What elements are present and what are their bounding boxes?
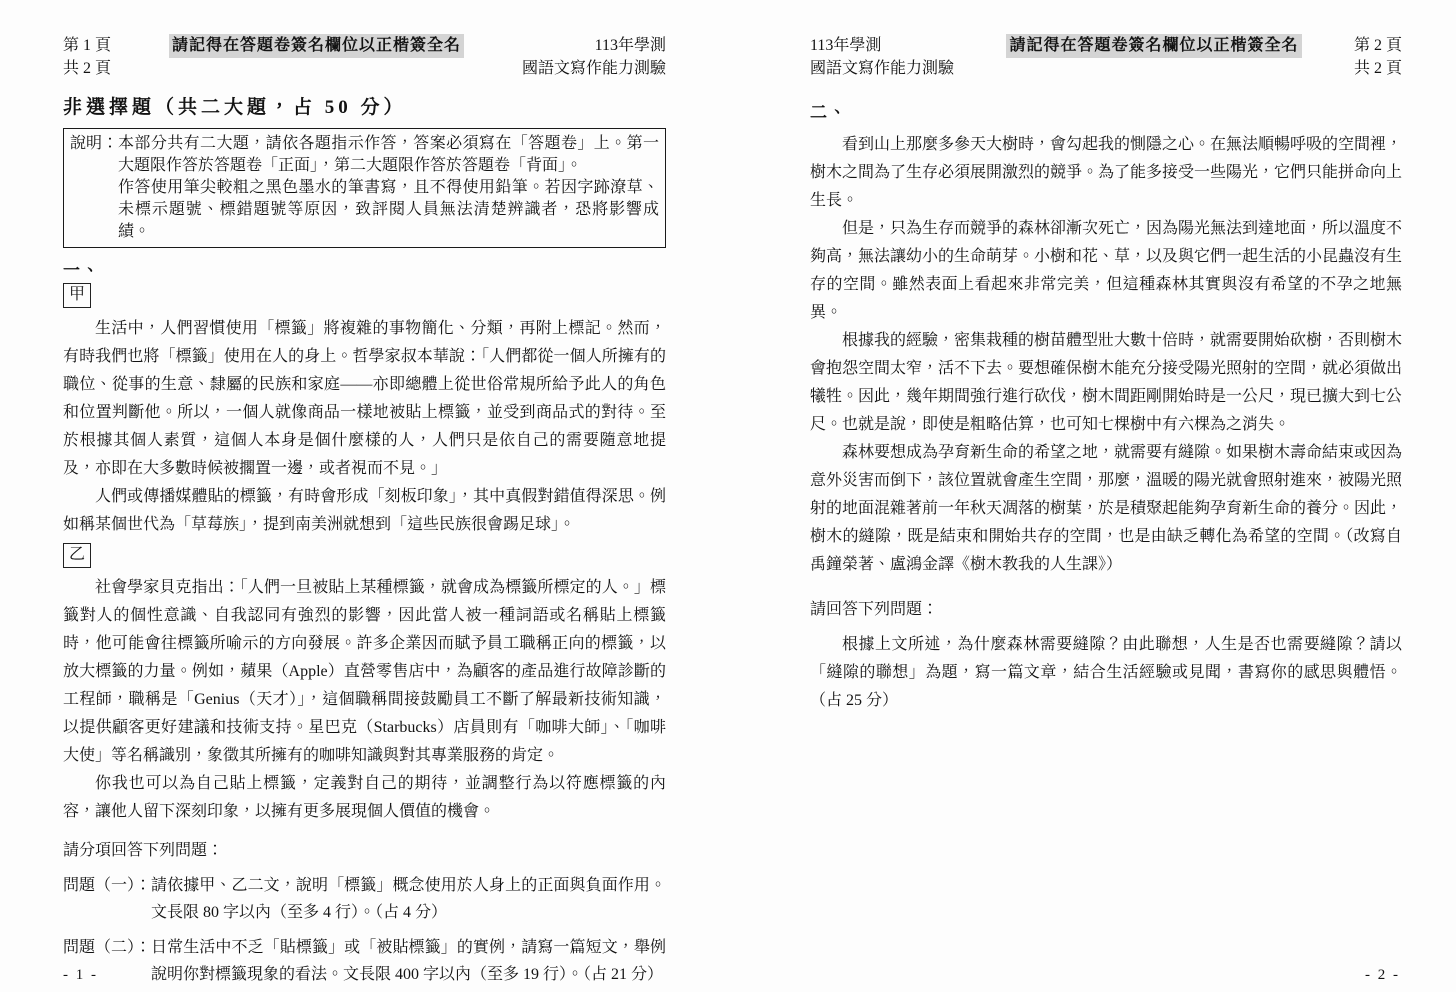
- exam-subject: 國語文寫作能力測驗: [522, 57, 666, 80]
- exam-section-title: 非選擇題（共二大題，占 50 分）: [63, 92, 666, 119]
- passage-b-paragraph-1: 社會學家貝克指出：「人們一旦被貼上某種標籤，就會成為標籤所標定的人。」標籤對人的…: [63, 574, 666, 770]
- section-2-heading: 二、: [810, 98, 1402, 123]
- question-2-row: 問題（二）： 日常生活中不乏「貼標籤」或「被貼標籤」的實例，請寫一篇短文，舉例說…: [63, 934, 666, 988]
- page-1-footer: - 1 -: [63, 967, 98, 984]
- exam-year: 113年學測: [810, 34, 954, 57]
- instruction-label: 說明：: [70, 133, 118, 243]
- passage-a: 生活中，人們習慣使用「標籤」將複雜的事物簡化、分類，再附上標記。然而，有時我們也…: [63, 315, 666, 539]
- passage-a-badge: 甲: [63, 283, 91, 308]
- page-2-header: 113年學測 國語文寫作能力測驗 請記得在答題卷簽名欄位以正楷簽全名 第 2 頁…: [810, 34, 1402, 80]
- question-2-text: 日常生活中不乏「貼標籤」或「被貼標籤」的實例，請寫一篇短文，舉例說明你對標籤現象…: [151, 934, 666, 988]
- page-total-line: 共 2 頁: [1354, 57, 1402, 80]
- page-2-footer: - 2 -: [1365, 967, 1400, 984]
- page-number-line: 第 1 頁: [63, 34, 111, 57]
- signature-notice: 請記得在答題卷簽名欄位以正楷簽全名: [1006, 34, 1301, 58]
- passage-b: 社會學家貝克指出：「人們一旦被貼上某種標籤，就會成為標籤所標定的人。」標籤對人的…: [63, 574, 666, 826]
- question-1-label: 問題（一）：: [63, 872, 151, 926]
- passage-a-paragraph-1: 生活中，人們習慣使用「標籤」將複雜的事物簡化、分類，再附上標記。然而，有時我們也…: [63, 315, 666, 483]
- page-1: 第 1 頁 共 2 頁 請記得在答題卷簽名欄位以正楷簽全名 113年學測 國語文…: [63, 0, 666, 992]
- passage-2-paragraph-2: 但是，只為生存而競爭的森林卻漸次死亡，因為陽光無法到達地面，所以溫度不夠高，無法…: [810, 215, 1402, 327]
- page-number-line: 第 2 頁: [1354, 34, 1402, 57]
- signature-notice: 請記得在答題卷簽名欄位以正楷簽全名: [169, 34, 464, 58]
- instruction-body: 本部分共有二大題，請依各題指示作答，答案必須寫在「答題卷」上。第一大題限作答於答…: [118, 133, 659, 243]
- passage-2-paragraph-1: 看到山上那麼多參天大樹時，會勾起我的惻隱之心。在無法順暢呼吸的空間裡，樹木之間為…: [810, 131, 1402, 215]
- question-3-text: 根據上文所述，為什麼森林需要縫隙？由此聯想，人生是否也需要縫隙？請以「縫隙的聯想…: [810, 631, 1402, 715]
- passage-2: 看到山上那麼多參天大樹時，會勾起我的惻隱之心。在無法順暢呼吸的空間裡，樹木之間為…: [810, 131, 1402, 579]
- question-1-row: 問題（一）： 請依據甲、乙二文，說明「標籤」概念使用於人身上的正面與負面作用。文…: [63, 872, 666, 926]
- exam-info-block: 113年學測 國語文寫作能力測驗: [522, 34, 666, 80]
- passage-b-badge: 乙: [63, 543, 91, 568]
- page-number-block: 第 2 頁 共 2 頁: [1354, 34, 1402, 80]
- passage-a-paragraph-2: 人們或傳播媒體貼的標籤，有時會形成「刻板印象」，其中真假對錯值得深思。例如稱某個…: [63, 483, 666, 539]
- passage-2-paragraph-4: 森林要想成為孕育新生命的希望之地，就需要有縫隙。如果樹木壽命結束或因為意外災害而…: [810, 439, 1402, 579]
- instruction-item-2: 作答使用筆尖較粗之黑色墨水的筆書寫，且不得使用鉛筆。若因字跡潦草、未標示題號、標…: [118, 177, 659, 243]
- section-1-heading: 一、: [63, 256, 666, 281]
- page-number-block: 第 1 頁 共 2 頁: [63, 34, 111, 80]
- passage-2-paragraph-3: 根據我的經驗，密集栽種的樹苗體型壯大數十倍時，就需要開始砍樹，否則樹木會抱怨空間…: [810, 327, 1402, 439]
- questions-intro: 請分項回答下列問題：: [63, 840, 666, 862]
- question-1-text: 請依據甲、乙二文，說明「標籤」概念使用於人身上的正面與負面作用。文長限 80 字…: [151, 872, 666, 926]
- exam-info-block: 113年學測 國語文寫作能力測驗: [810, 34, 954, 80]
- questions-intro-2: 請回答下列問題：: [810, 599, 1402, 621]
- page-total-line: 共 2 頁: [63, 57, 111, 80]
- page-1-header: 第 1 頁 共 2 頁 請記得在答題卷簽名欄位以正楷簽全名 113年學測 國語文…: [63, 34, 666, 80]
- exam-paper-spread: 第 1 頁 共 2 頁 請記得在答題卷簽名欄位以正楷簽全名 113年學測 國語文…: [0, 0, 1456, 992]
- exam-year: 113年學測: [522, 34, 666, 57]
- instruction-item-1: 本部分共有二大題，請依各題指示作答，答案必須寫在「答題卷」上。第一大題限作答於答…: [118, 133, 659, 177]
- exam-subject: 國語文寫作能力測驗: [810, 57, 954, 80]
- passage-b-paragraph-2: 你我也可以為自己貼上標籤，定義對自己的期待，並調整行為以符應標籤的內容，讓他人留…: [63, 770, 666, 826]
- instruction-box: 說明： 本部分共有二大題，請依各題指示作答，答案必須寫在「答題卷」上。第一大題限…: [63, 128, 666, 248]
- page-2: 113年學測 國語文寫作能力測驗 請記得在答題卷簽名欄位以正楷簽全名 第 2 頁…: [810, 0, 1402, 992]
